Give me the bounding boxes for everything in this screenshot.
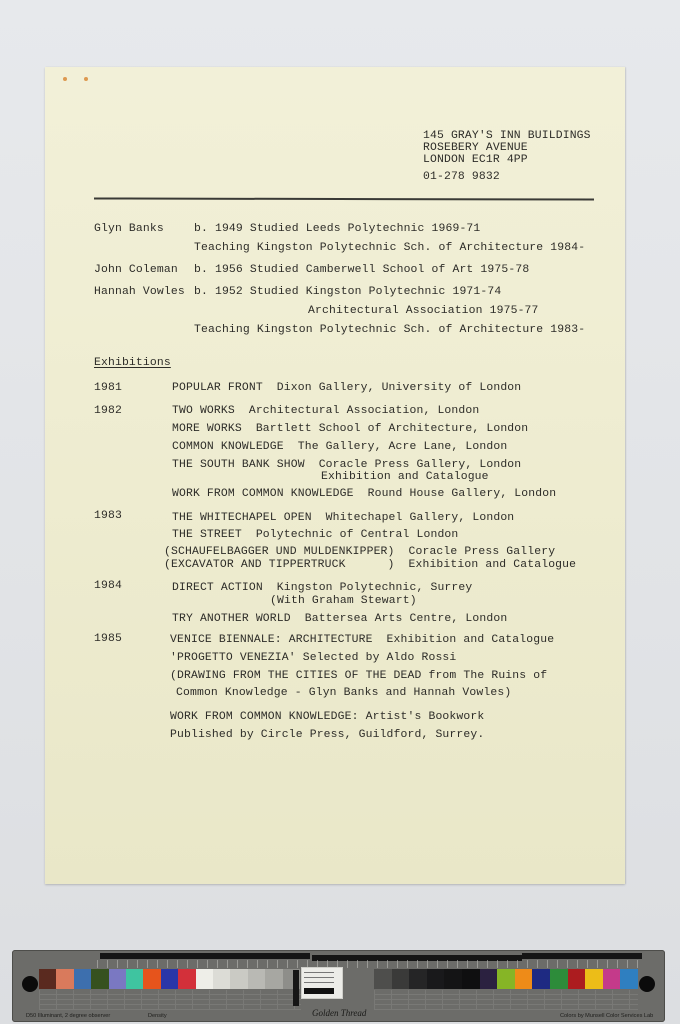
exhibition-year: 1985 bbox=[94, 633, 122, 646]
brand-label: Golden Thread bbox=[312, 1008, 366, 1018]
exhibition-entry-note: Exhibition and Catalogue bbox=[321, 471, 489, 484]
mount-hole bbox=[639, 976, 655, 992]
color-patch bbox=[409, 969, 427, 989]
color-patch bbox=[248, 969, 265, 989]
color-patch bbox=[91, 969, 108, 989]
color-patch bbox=[230, 969, 247, 989]
color-patch bbox=[265, 969, 282, 989]
artist-bio: b. 1952 Studied Kingston Polytechnic 197… bbox=[194, 286, 501, 299]
color-patch bbox=[74, 969, 91, 989]
exhibition-entry: (DRAWING FROM THE CITIES OF THE DEAD fro… bbox=[170, 670, 547, 683]
exhibition-entry: VENICE BIENNALE: ARCHITECTURE Exhibition… bbox=[170, 634, 554, 647]
exhibition-entry: TRY ANOTHER WORLD Battersea Arts Centre,… bbox=[172, 613, 507, 626]
color-patch bbox=[374, 969, 392, 989]
exhibition-entry-note: (EXCAVATOR AND TIPPERTRUCK ) Exhibition … bbox=[164, 559, 576, 572]
color-patch bbox=[515, 969, 533, 989]
exhibition-entry: TWO WORKS Architectural Association, Lon… bbox=[172, 405, 479, 418]
exhibition-entry: WORK FROM COMMON KNOWLEDGE Round House G… bbox=[172, 488, 556, 501]
color-patch bbox=[196, 969, 213, 989]
artist-name: Glyn Banks bbox=[94, 223, 164, 236]
munsell-label: Colors by Munsell Color Services Lab bbox=[560, 1013, 653, 1019]
color-patch bbox=[161, 969, 178, 989]
value-grid bbox=[374, 990, 638, 1010]
ruler-bar bbox=[100, 953, 310, 959]
reference-card bbox=[301, 967, 343, 999]
artist-bio: b. 1949 Studied Leeds Polytechnic 1969-7… bbox=[194, 223, 480, 236]
exhibition-entry: Published by Circle Press, Guildford, Su… bbox=[170, 729, 484, 742]
color-patch bbox=[532, 969, 550, 989]
exhibition-year: 1982 bbox=[94, 405, 122, 418]
color-patch bbox=[550, 969, 568, 989]
color-patch bbox=[178, 969, 195, 989]
exhibition-entry: COMMON KNOWLEDGE The Gallery, Acre Lane,… bbox=[172, 441, 507, 454]
color-patch bbox=[480, 969, 498, 989]
ruler-scale bbox=[97, 960, 643, 968]
exhibition-year: 1984 bbox=[94, 580, 122, 593]
exhibition-year: 1983 bbox=[94, 510, 122, 523]
exhibition-entry: THE STREET Polytechnic of Central London bbox=[172, 529, 458, 542]
exhibition-entry: DIRECT ACTION Kingston Polytechnic, Surr… bbox=[172, 582, 472, 595]
artist-bio: b. 1956 Studied Camberwell School of Art… bbox=[194, 264, 529, 277]
exhibition-entry: WORK FROM COMMON KNOWLEDGE: Artist's Boo… bbox=[170, 711, 484, 724]
color-patch bbox=[427, 969, 445, 989]
color-patch bbox=[444, 969, 462, 989]
phone-number: 01-278 9832 bbox=[423, 171, 500, 184]
color-patch bbox=[568, 969, 586, 989]
exhibition-year: 1981 bbox=[94, 382, 122, 395]
value-grid bbox=[39, 990, 301, 1010]
color-patch bbox=[126, 969, 143, 989]
address-line-3: LONDON EC1R 4PP bbox=[423, 154, 528, 167]
section-heading-exhibitions: Exhibitions bbox=[94, 357, 171, 370]
color-patch bbox=[497, 969, 515, 989]
exhibition-entry-note: Common Knowledge - Glyn Banks and Hannah… bbox=[176, 687, 511, 700]
stain-mark bbox=[84, 77, 88, 81]
color-patch bbox=[392, 969, 410, 989]
exhibition-entry: 'PROGETTO VENEZIA' Selected by Aldo Ross… bbox=[170, 652, 456, 665]
color-calibration-target: D50 Illuminant, 2 degree observer Densit… bbox=[12, 950, 665, 1022]
color-patch bbox=[585, 969, 603, 989]
artist-bio: Teaching Kingston Polytechnic Sch. of Ar… bbox=[194, 324, 585, 337]
exhibition-entry-note: (With Graham Stewart) bbox=[270, 595, 417, 608]
artist-bio: Architectural Association 1975-77 bbox=[308, 305, 539, 318]
artist-bio: Teaching Kingston Polytechnic Sch. of Ar… bbox=[194, 242, 585, 255]
exhibition-entry: MORE WORKS Bartlett School of Architectu… bbox=[172, 423, 528, 436]
color-patch bbox=[462, 969, 480, 989]
density-label: Density bbox=[148, 1013, 167, 1019]
color-patch bbox=[143, 969, 160, 989]
stain-mark bbox=[63, 77, 67, 81]
exhibition-entry: POPULAR FRONT Dixon Gallery, University … bbox=[172, 382, 521, 395]
artist-name: Hannah Vowles bbox=[94, 286, 185, 299]
ruler-bar bbox=[522, 953, 642, 959]
illuminant-label: D50 Illuminant, 2 degree observer bbox=[26, 1013, 110, 1019]
color-patch bbox=[109, 969, 126, 989]
mount-hole bbox=[22, 976, 38, 992]
black-reference-bar bbox=[293, 970, 299, 1006]
color-patch bbox=[39, 969, 56, 989]
color-patch bbox=[56, 969, 73, 989]
color-patch bbox=[603, 969, 621, 989]
color-patch bbox=[620, 969, 638, 989]
exhibition-entry: THE WHITECHAPEL OPEN Whitechapel Gallery… bbox=[172, 512, 514, 525]
color-patch bbox=[213, 969, 230, 989]
artist-name: John Coleman bbox=[94, 264, 178, 277]
exhibition-entry: (SCHAUFELBAGGER UND MULDENKIPPER) Coracl… bbox=[164, 546, 555, 559]
